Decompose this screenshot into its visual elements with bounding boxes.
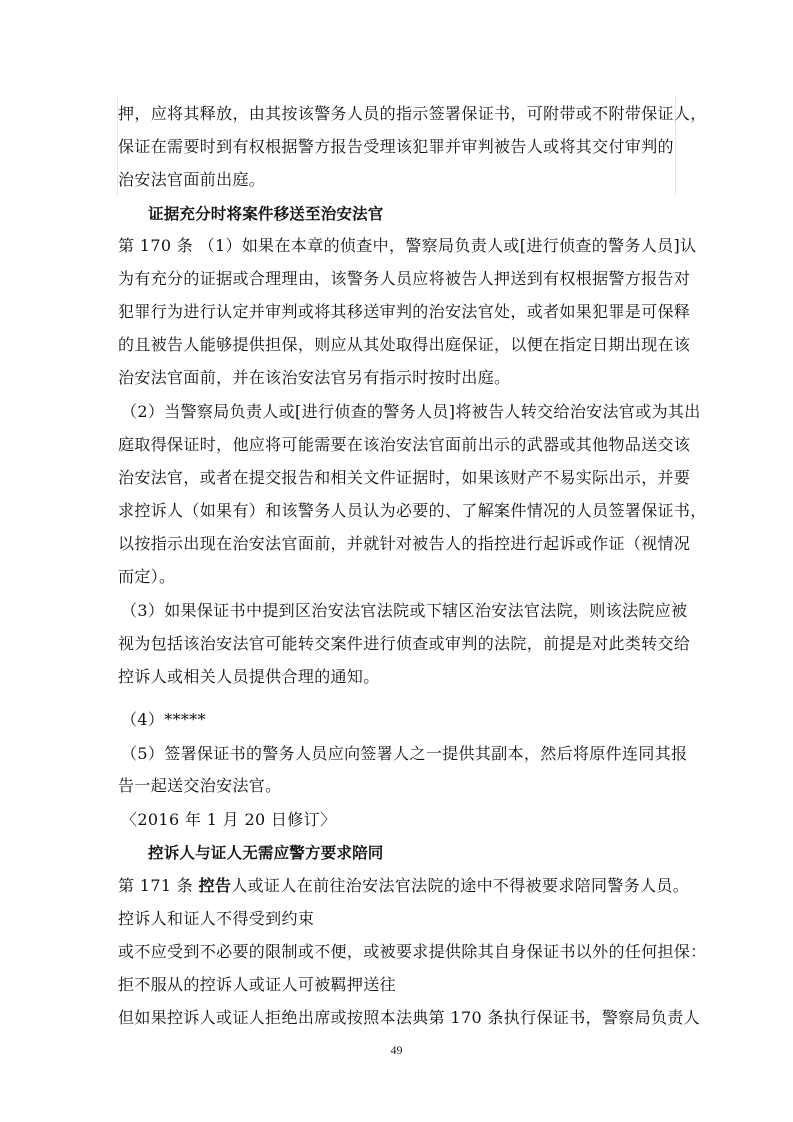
s170-para2-line-2: 庭取得保证时，他应将可能需要在该治安法官面前出示的武器或其他物品送交该 [118, 435, 678, 455]
s170-para2-line-5: 以按指示出现在治安法官面前，并就针对被告人的指控进行起诉或作证（视情况 [118, 534, 678, 554]
s171-line-1-rest: 人或证人在前往治安法官法院的途中不得被要求陪同警务人员。 [231, 876, 689, 895]
s171-bold-term: 控告 [199, 876, 232, 895]
s171-line-1: 第 171 条 控告人或证人在前往治安法官法院的途中不得被要求陪同警务人员。 [118, 876, 678, 896]
s171-line-5: 但如果控诉人或证人拒绝出席或按照本法典第 170 条执行保证书，警察局负责人 [118, 1008, 678, 1028]
s171-line-3: 或不应受到不必要的限制或不便，或被要求提供除其自身保证书以外的任何担保： [118, 942, 678, 962]
continuation-line-1: 押，应将其释放，由其按该警务人员的指示签署保证书，可附带或不附带保证人， [118, 104, 678, 124]
s170-para2-line-4: 求控诉人（如果有）和该警务人员认为必要的、了解案件情况的人员签署保证书， [118, 501, 678, 521]
document-page: 押，应将其释放，由其按该警务人员的指示签署保证书，可附带或不附带保证人， 保证在… [0, 0, 793, 1122]
s171-article-number: 第 171 条 [118, 876, 199, 895]
s170-para1-line-1: 第 170 条 （1）如果在本章的侦查中，警察局负责人或[进行侦查的警务人员]认 [118, 236, 678, 256]
section-171-heading: 控诉人与证人无需应警方要求陪同 [148, 843, 708, 863]
s170-para1-line-5: 治安法官面前，并在该治安法官另有指示时按时出庭。 [118, 368, 678, 388]
s170-para3-line-3: 控诉人或相关人员提供合理的通知。 [118, 667, 678, 687]
s171-line-2: 控诉人和证人不得受到约束 [118, 909, 678, 929]
s170-para2-line-1: （2）当警察局负责人或[进行侦查的警务人员]将被告人转交给治安法官或为其出 [121, 402, 681, 422]
section-170-heading: 证据充分时将案件移送至治安法官 [148, 204, 708, 224]
continuation-line-3: 治安法官面前出庭。 [118, 170, 678, 190]
s171-line-4: 拒不服从的控诉人或证人可被羁押送往 [118, 975, 678, 995]
page-number: 49 [0, 1043, 793, 1058]
s170-para3-line-2: 视为包括该治安法官可能转交案件进行侦查或审判的法院，前提是对此类转交给 [118, 634, 678, 654]
s170-para5-line-1: （5）签署保证书的警务人员应向签署人之一提供其副本，然后将原件连同其报 [121, 744, 681, 764]
s170-para4: （4）***** [121, 710, 681, 730]
s170-para1-line-2: 为有充分的证据或合理理由，该警务人员应将被告人押送到有权根据警方报告对 [118, 269, 678, 289]
s170-para3-line-1: （3）如果保证书中提到区治安法官法院或下辖区治安法官法院，则该法院应被 [121, 601, 681, 621]
s170-para1-line-3: 犯罪行为进行认定并审判或将其移送审判的治安法官处，或者如果犯罪是可保释 [118, 302, 678, 322]
amendment-note: 〈2016 年 1 月 20 日修订〉 [121, 810, 681, 830]
s170-para2-line-6: 而定）。 [118, 567, 678, 587]
continuation-line-2: 保证在需要时到有权根据警方报告受理该犯罪并审判被告人或将其交付审判的 [118, 137, 678, 157]
s170-para1-line-4: 的且被告人能够提供担保，则应从其处取得出庭保证，以便在指定日期出现在该 [118, 335, 678, 355]
s170-para5-line-2: 告一起送交治安法官。 [118, 776, 678, 796]
s170-para2-line-3: 治安法官，或者在提交报告和相关文件证据时，如果该财产不易实际出示，并要 [118, 468, 678, 488]
